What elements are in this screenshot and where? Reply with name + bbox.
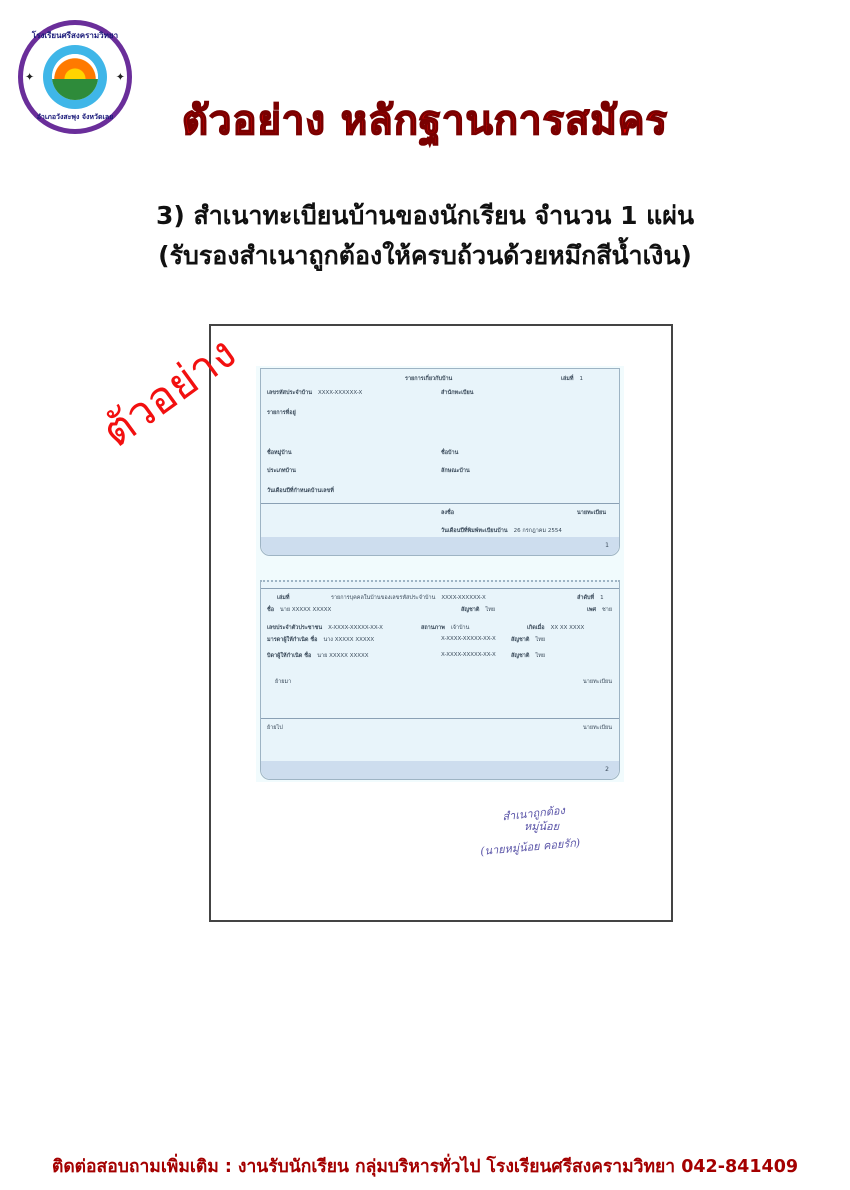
village-label: ชื่อหมู่บ้าน (267, 449, 292, 457)
page1-footer: 1 (261, 537, 619, 555)
page2-book-no-label: เล่มที่ (277, 594, 290, 602)
house-name-label: ชื่อบ้าน (441, 449, 458, 457)
logo-top-text: โรงเรียนศรีสงครามวิทยา (23, 29, 127, 42)
page2-footer: 2 (261, 761, 619, 779)
registration-page-2: เล่มที่ รายการบุคคลในบ้านของเลขรหัสประจำ… (260, 580, 620, 780)
divider (261, 718, 619, 719)
star-icon: ✦ (116, 71, 125, 84)
page-title: ตัวอย่าง หลักฐานการสมัคร (0, 88, 850, 152)
star-icon: ✦ (25, 71, 34, 84)
house-type-label: ประเภทบ้าน (267, 467, 296, 475)
registrar-label-2: นายทะเบียน (583, 724, 612, 732)
status: สถานภาพเจ้าบ้าน (421, 624, 469, 632)
order-no: ลำดับที่1 (577, 594, 604, 602)
subtitle-line-1: 3) สำเนาทะเบียนบ้านของนักเรียน จำนวน 1 แ… (0, 196, 850, 236)
sun-icon (52, 54, 98, 79)
registry-office-label: สำนักทะเบียน (441, 389, 473, 397)
house-registration-scan: รายการเกี่ยวกับบ้าน เล่มที่1 เลขรหัสประจ… (256, 366, 624, 782)
handwritten-certification: สำเนาถูกต้อง หมู่น้อย (นายหมู่น้อย คอยรั… (480, 800, 640, 854)
divider (261, 588, 619, 589)
page1-book-no: เล่มที่1 (561, 375, 583, 383)
contact-footer: ติดต่อสอบถามเพิ่มเติม : งานรับนักเรียน ก… (0, 1152, 850, 1180)
house-no-date-label: วันเดือนปีที่กำหนดบ้านเลขที่ (267, 487, 334, 495)
father-nationality: สัญชาติไทย (511, 652, 545, 660)
page1-heading: รายการเกี่ยวกับบ้าน (405, 375, 452, 383)
signed-label: ลงชื่อ (441, 509, 454, 517)
move-out-label: ย้ายไป (267, 724, 283, 732)
birth-date: เกิดเมื่อXX XX XXXX (527, 624, 584, 632)
sex: เพศชาย (587, 606, 612, 614)
registrar-label: นายทะเบียน (583, 678, 612, 686)
subtitle-line-2: (รับรองสำเนาถูกต้องให้ครบถ้วนด้วยหมึกสีน… (0, 236, 850, 276)
move-in-label: ย้ายมา (275, 678, 291, 686)
registration-page-1: รายการเกี่ยวกับบ้าน เล่มที่1 เลขรหัสประจ… (260, 368, 620, 556)
person-name: ชื่อนาย XXXXX XXXXX (267, 606, 331, 614)
citizen-id: เลขประจำตัวประชาชนX-XXXX-XXXXX-XX-X (267, 624, 383, 632)
house-feature-label: ลักษณะบ้าน (441, 467, 470, 475)
page2-heading: รายการบุคคลในบ้านของเลขรหัสประจำบ้านXXXX… (331, 594, 486, 602)
registrar-label: นายทะเบียน (577, 509, 606, 517)
mother-nationality: สัญชาติไทย (511, 636, 545, 644)
mother-id: X-XXXX-XXXXX-XX-X (441, 636, 496, 642)
mother-name: มารดาผู้ให้กำเนิด ชื่อนาง XXXXX XXXXX (267, 636, 374, 644)
divider (261, 503, 619, 504)
house-id: เลขรหัสประจำบ้านXXXX-XXXXXX-X (267, 389, 362, 397)
nationality: สัญชาติไทย (461, 606, 495, 614)
father-id: X-XXXX-XXXXX-XX-X (441, 652, 496, 658)
father-name: บิดาผู้ให้กำเนิด ชื่อนาย XXXXX XXXXX (267, 652, 369, 660)
address-label: รายการที่อยู่ (267, 409, 296, 417)
print-date: วันเดือนปีที่พิมพ์ทะเบียนบ้าน26 กรกฎาคม … (441, 527, 562, 535)
